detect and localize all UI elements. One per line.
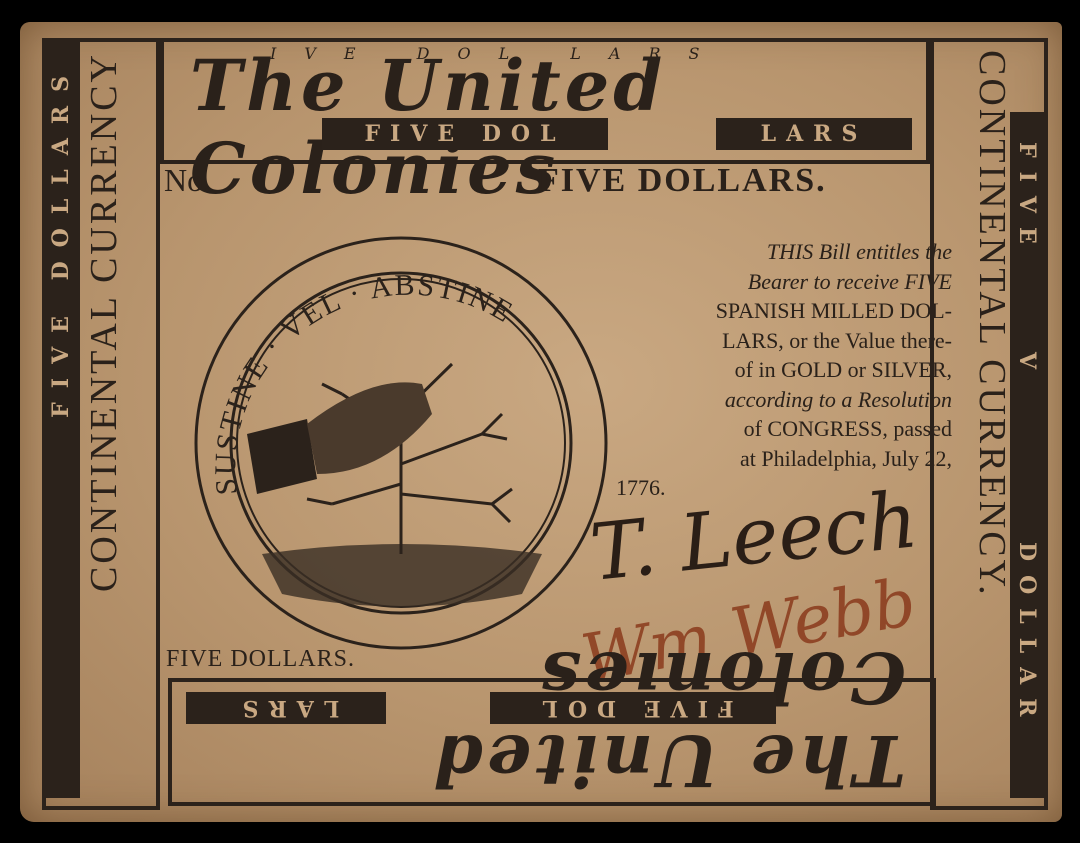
banknote: The United Colonies IVE DOL LARS FIVE DO… [20,22,1062,822]
bill-text-line: at Philadelphia, July 22, [616,444,952,474]
bill-text-line: SPANISH MILLED DOL- [616,296,952,326]
left-border-bar-text: FIVE DOLLARS [48,62,74,418]
bill-text: THIS Bill entitles the Bearer to receive… [616,237,952,503]
top-banner-right: LARS [716,118,912,150]
bill-text-line: LARS, or the Value there- [616,326,952,356]
right-border-text: CONTINENTAL CURRENCY. [970,50,1014,598]
inverted-banner-right: LARS [186,692,386,724]
left-border-text: CONTINENTAL CURRENCY [82,52,126,592]
bill-text-line: of CONGRESS, passed [616,414,952,444]
serial-number-label: No. [164,162,211,199]
right-border-bar-top: FIVE [1014,142,1040,258]
bill-text-line: of in GOLD or SILVER, [616,355,952,385]
top-micro-text: IVE DOL LARS [270,44,727,63]
right-border-bar-bottom: DOLLAR [1014,542,1040,731]
top-banner-left: FIVE DOL [322,118,608,150]
seal-emblem: SUSTINE · VEL · ABSTINE [192,234,610,652]
denomination-heading: FIVE DOLLARS. [538,162,827,200]
bill-text-line: according to a Resolution [616,385,952,415]
bill-text-line: THIS Bill entitles the [616,237,952,267]
inverted-banner-left: FIVE DOL [490,692,776,724]
bill-text-line: Bearer to receive FIVE [616,267,952,297]
inverted-banner: The United Colonies FIVE DOL LARS [168,678,936,806]
right-border-bar-mid: V [1014,352,1040,369]
